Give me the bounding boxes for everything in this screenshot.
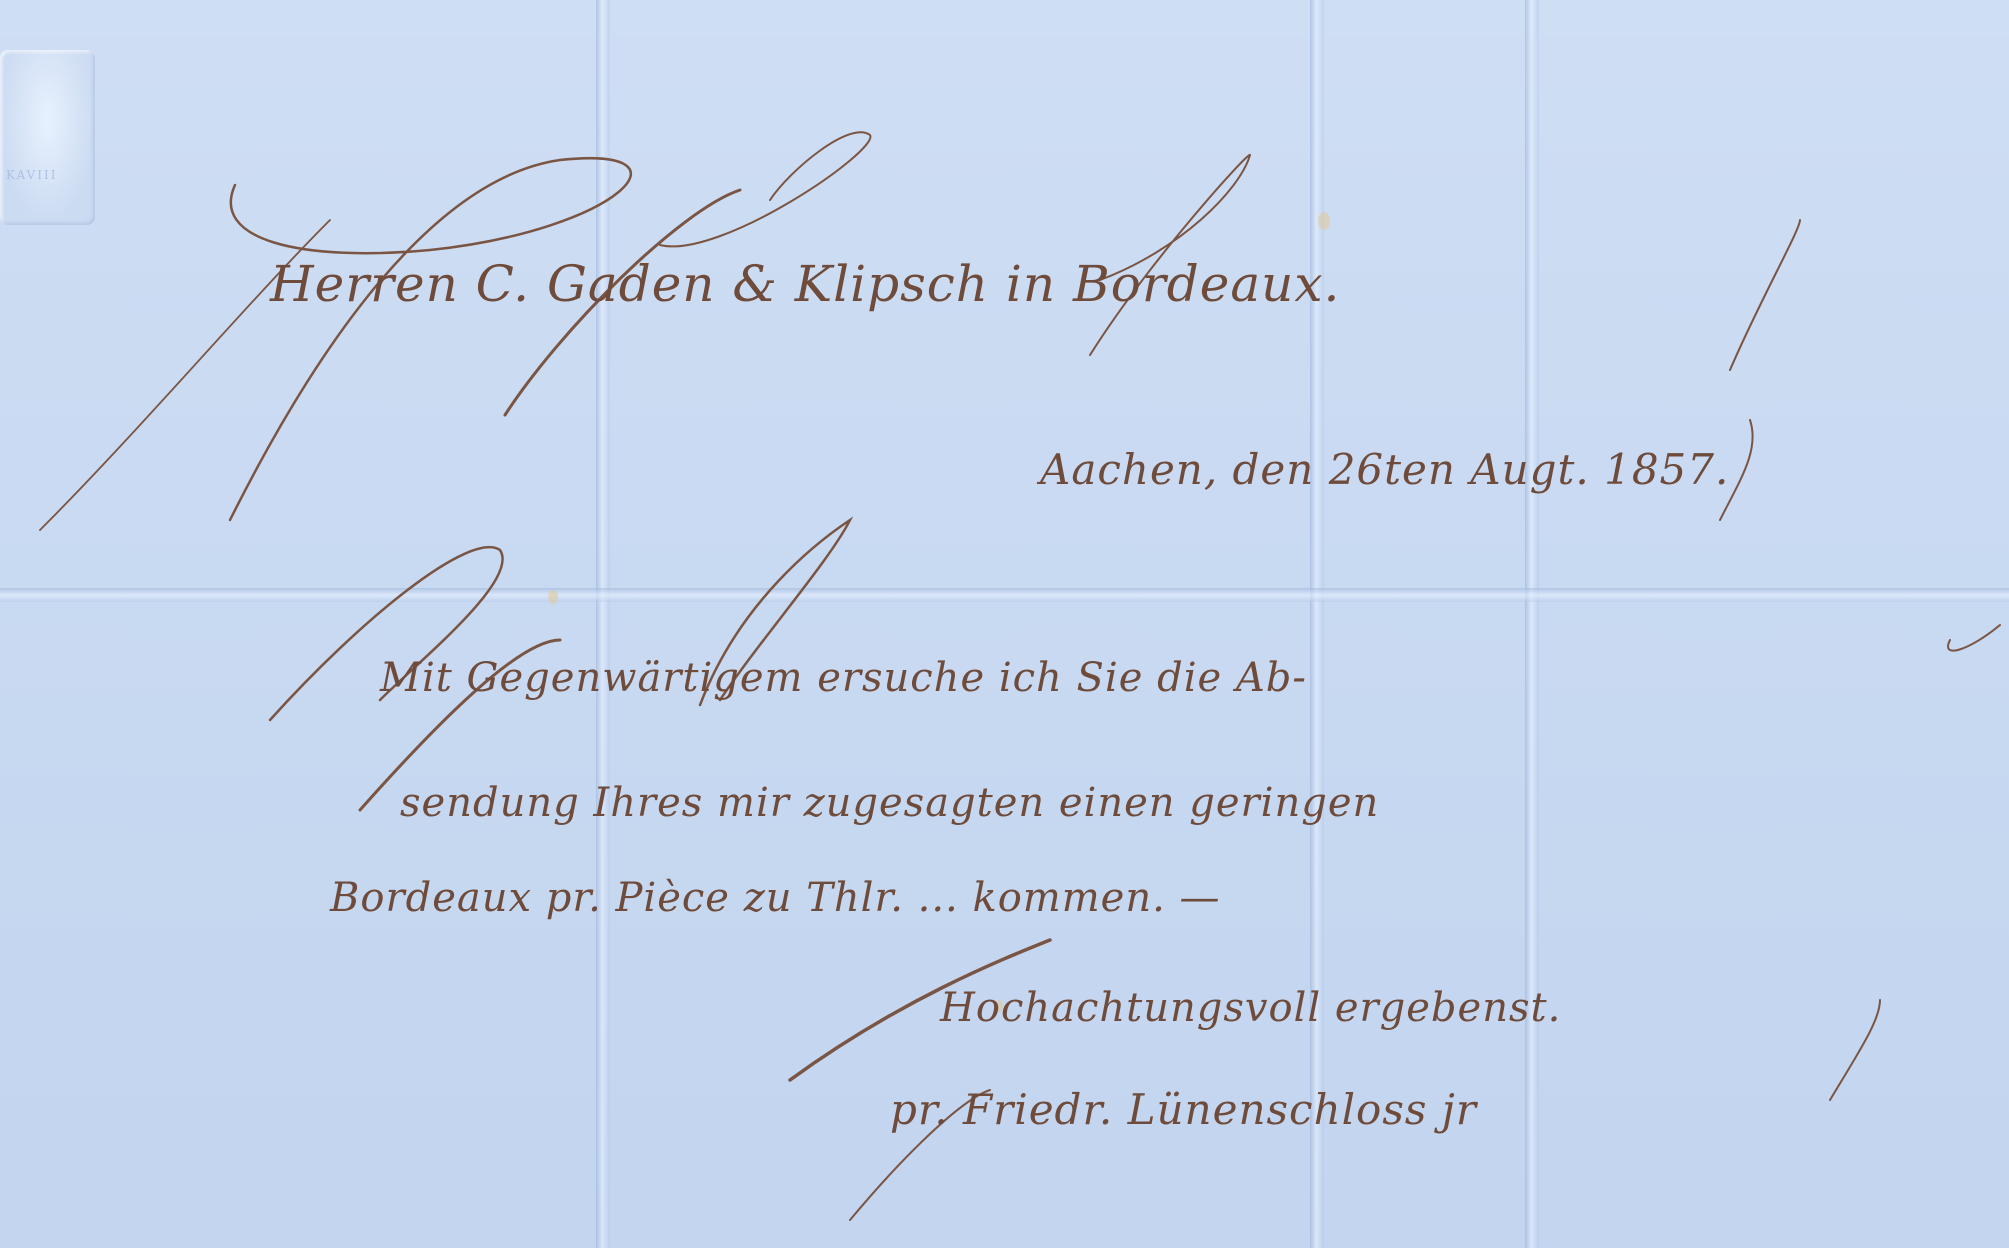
paper-stain [1318, 212, 1330, 230]
letter-paper [0, 0, 2009, 1248]
fold-crease-horizontal [0, 588, 2009, 602]
body-line: Mit Gegenwärtigem ersuche ich Sie die Ab… [380, 655, 1307, 701]
fold-crease-vertical [1310, 0, 1324, 1248]
closing-line: Hochachtungsvoll ergebenst. [940, 985, 1561, 1031]
embossed-crown-stamp: KAVIII [0, 50, 95, 225]
date-line: Aachen, den 26ten Augt. 1857. [1040, 445, 1729, 494]
body-line: sendung Ihres mir zugesagten einen gerin… [400, 780, 1379, 826]
emboss-text: KAVIII [6, 168, 57, 182]
paper-stain [548, 590, 558, 604]
fold-crease-vertical [596, 0, 610, 1248]
signature: pr. Friedr. Lünenschloss jr [890, 1085, 1477, 1134]
address-line: Herren C. Gaden & Klipsch in Bordeaux. [270, 255, 1340, 313]
body-line: Bordeaux pr. Pièce zu Thlr. ... kommen. … [330, 875, 1221, 921]
fold-crease-vertical [1525, 0, 1539, 1248]
